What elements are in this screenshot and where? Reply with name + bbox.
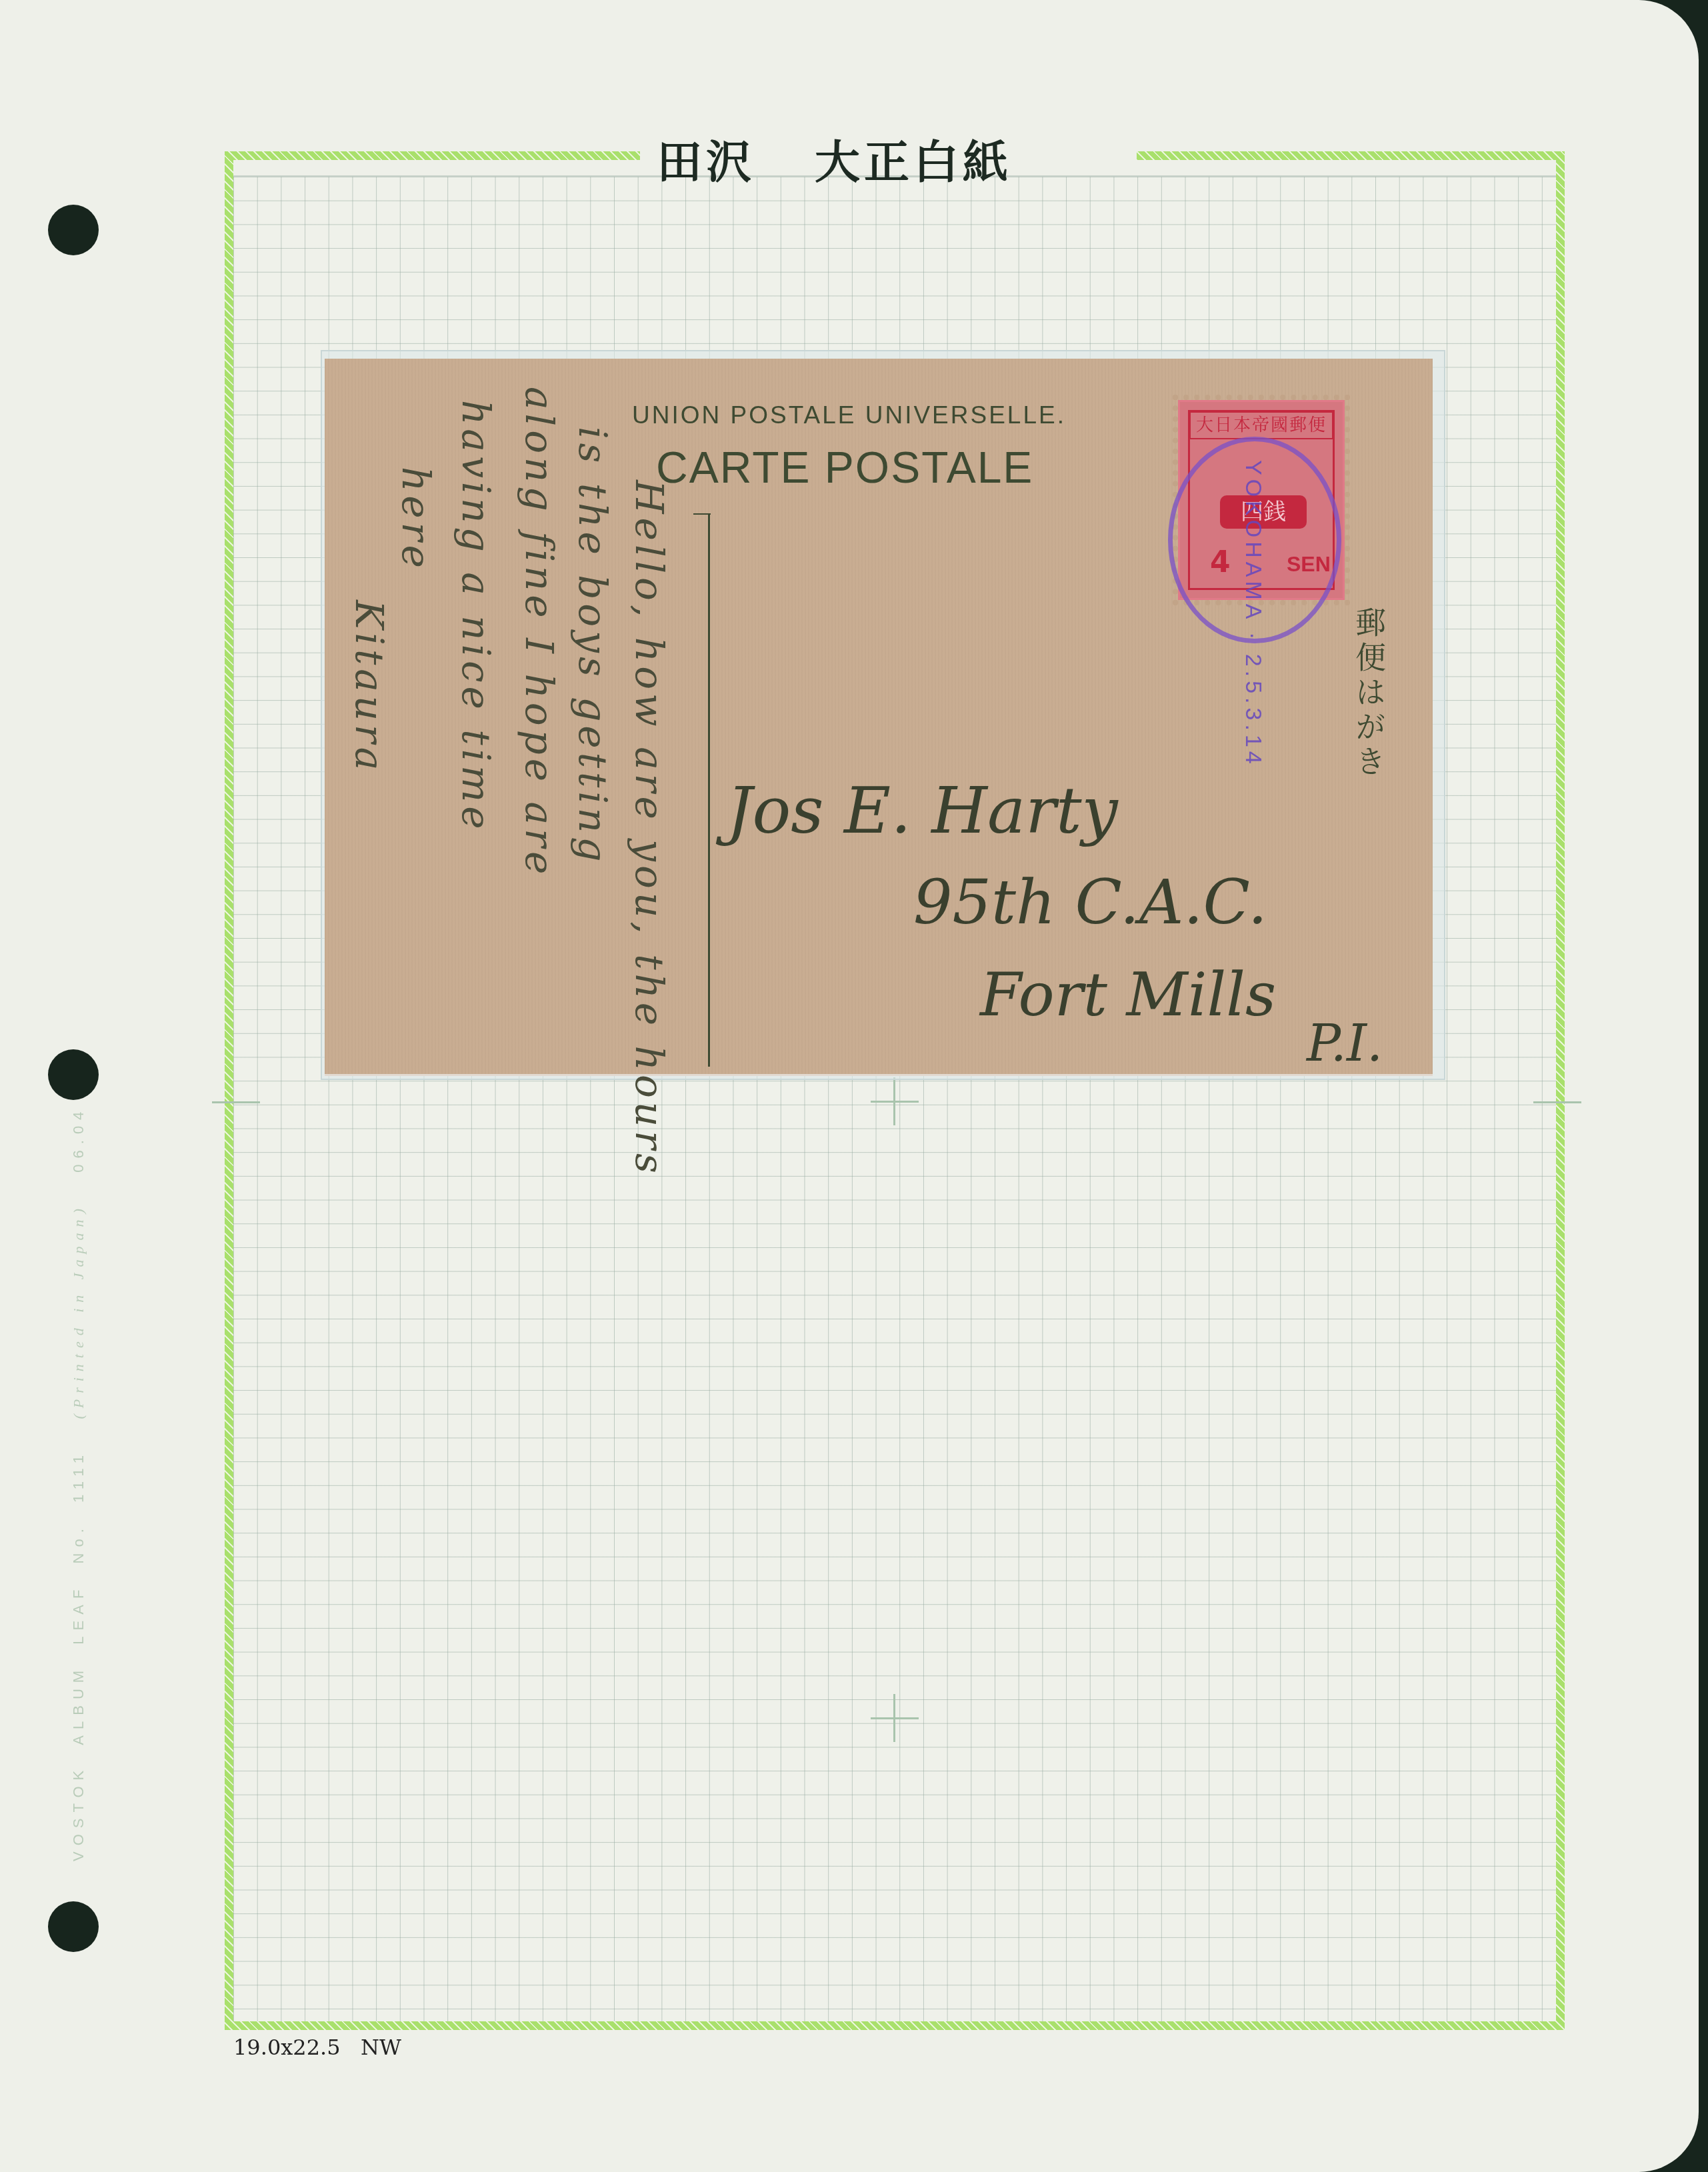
crosshair-mark [893, 1694, 895, 1742]
signature: Kitaura [347, 600, 392, 774]
crosshair-mark [1533, 1101, 1581, 1103]
page-size-label: 19.0x22.5 NW [233, 2035, 401, 2060]
address-line-1: Jos E. Harty [727, 773, 1118, 848]
page-title: 田沢 大正白紙 [657, 127, 1012, 191]
album-leaf-imprint: VOSTOK ALBUM LEAF No. 1111 (Printed in J… [70, 1106, 87, 1861]
crosshair-mark [212, 1101, 260, 1103]
postmark-text: YOKOHAMA · 2.5.3.14 [1240, 460, 1266, 768]
imprint-brand: VOSTOK ALBUM LEAF No. 1111 [70, 1449, 87, 1861]
message-line: having a nice time [453, 400, 499, 833]
message-line: here [393, 467, 439, 572]
binder-hole-bottom [48, 1901, 99, 1952]
title-right: 大正白紙 [815, 137, 1012, 189]
title-left: 田沢 [657, 137, 755, 189]
japanese-postcard-label: 郵便はがき [1347, 607, 1391, 780]
imprint-code: 06.04 [70, 1106, 87, 1173]
message-line: along fine I hope are [517, 387, 562, 878]
crosshair-mark [893, 1077, 895, 1125]
imprint-printed: (Printed in Japan) [70, 1203, 87, 1419]
binder-hole-top [48, 205, 99, 255]
upu-header: UNION POSTALE UNIVERSELLE. [632, 401, 1066, 429]
address-line-3: Fort Mills [980, 960, 1276, 1030]
address-line-4: P.I. [1307, 1013, 1383, 1073]
message-line: Hello, how are you, the hours [627, 480, 672, 1177]
binder-hole-middle [48, 1049, 99, 1100]
carte-postale-title: CARTE POSTALE [656, 442, 1033, 493]
address-line-2: 95th C.A.C. [913, 867, 1267, 938]
message-line: is the boys getting [570, 427, 615, 865]
stamp-header: 大日本帝國郵便 [1189, 411, 1333, 439]
divider-line [708, 513, 710, 1067]
